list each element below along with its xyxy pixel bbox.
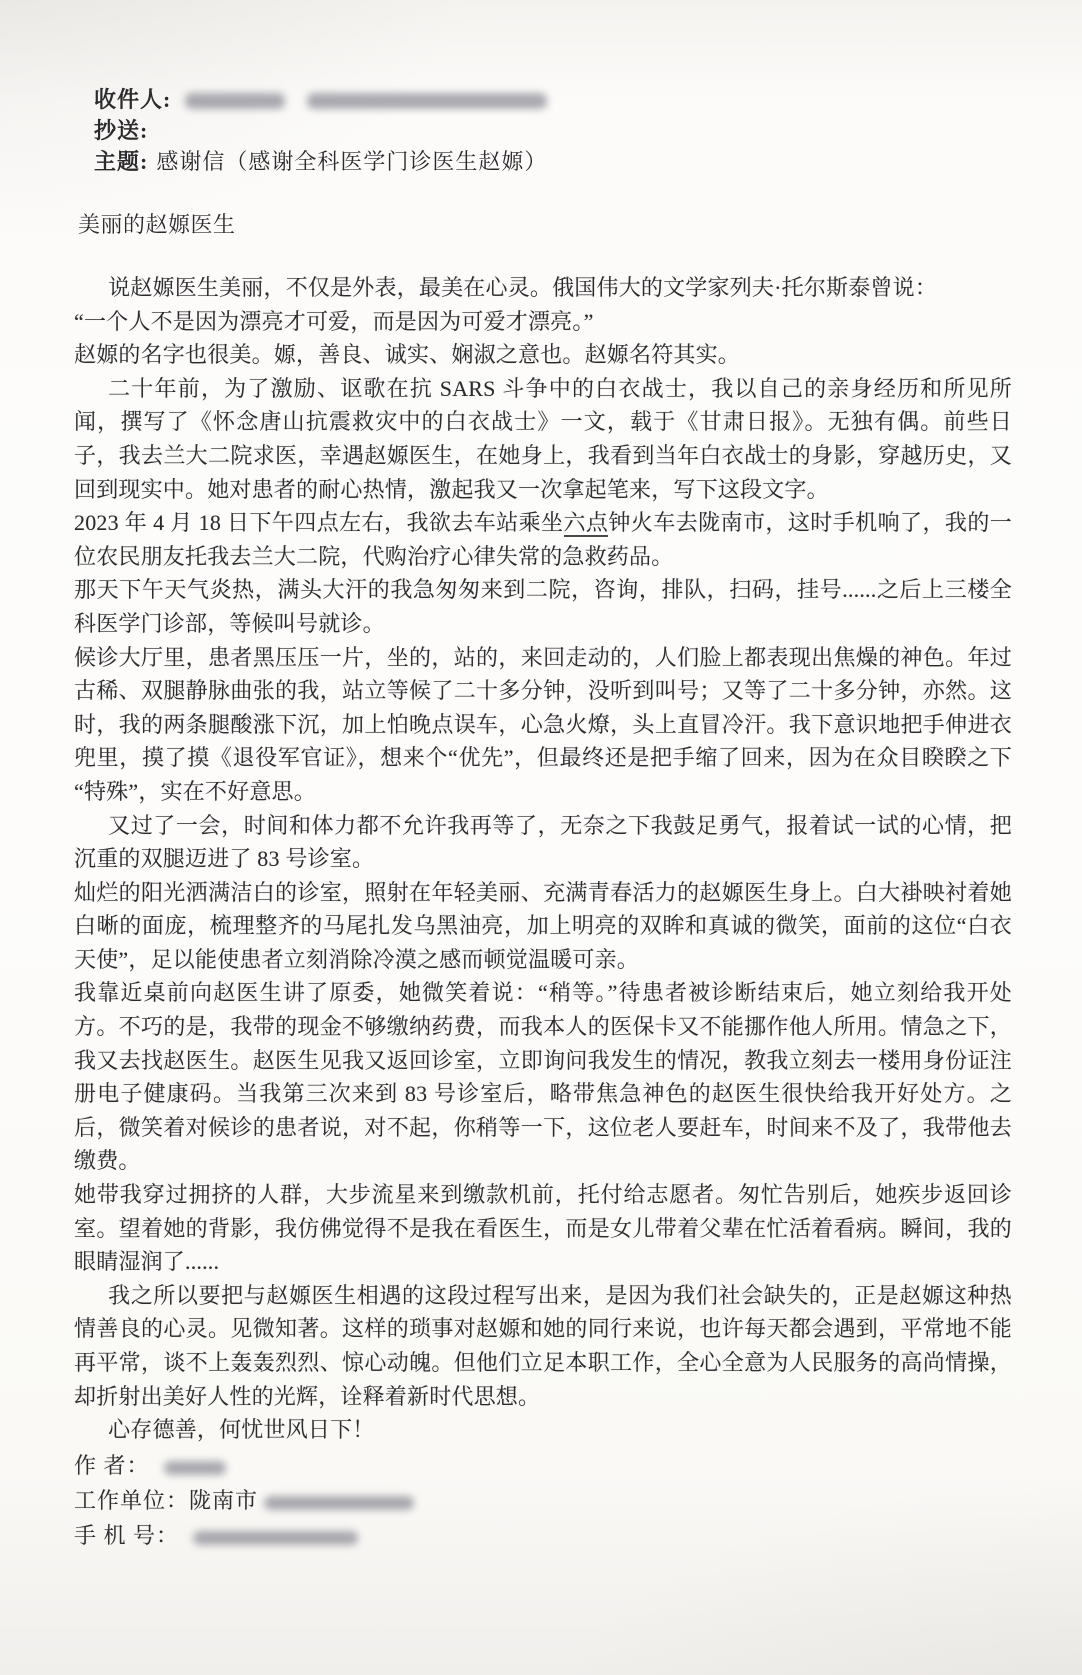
redacted-recipient-address <box>307 93 547 109</box>
paragraph-text: 我靠近桌前向赵医生讲了原委，她微笑着说：“稍等。”待患者被诊断结束后，她立刻给我… <box>74 980 1012 1173</box>
letter-paragraph: 赵嫄的名字也很美。嫄，善良、诚实、娴淑之意也。赵嫄名符其实。 <box>74 338 1012 372</box>
paragraph-text: “一个人不是因为漂亮才可爱，而是因为可爱才漂亮。” <box>74 309 594 334</box>
paragraph-text: 2023 年 4 月 18 日下午四点左右，我欲去车站乘坐 <box>74 510 564 535</box>
paragraph-text: 她带我穿过拥挤的人群，大步流星来到缴款机前，托付给志愿者。匆忙告别后，她疾步返回… <box>74 1182 1012 1274</box>
letter-paragraph: 心存德善，何忧世风日下！ <box>74 1413 1012 1447</box>
signature-block: 作 者： 工作单位：陇南市 手 机 号： <box>74 1448 1012 1553</box>
work-unit-city: 陇南市 <box>189 1488 258 1513</box>
work-unit-line: 工作单位：陇南市 <box>74 1483 1012 1518</box>
letter-body: 说赵嫄医生美丽，不仅是外表，最美在心灵。俄国伟大的文学家列夫·托尔斯泰曾说：“一… <box>74 271 1012 1447</box>
paragraph-text: 我之所以要把与赵嫄医生相遇的这段过程写出来，是因为我们社会缺失的，正是赵嫄这种热… <box>74 1283 1012 1409</box>
subject-label: 主题: <box>94 149 148 174</box>
paragraph-text: 候诊大厅里，患者黑压压一片，坐的，站的，来回走动的，人们脸上都表现出焦燥的神色。… <box>74 645 1012 804</box>
redacted-recipient-name <box>185 93 285 109</box>
paragraph-text: 说赵嫄医生美丽，不仅是外表，最美在心灵。俄国伟大的文学家列夫·托尔斯泰曾说： <box>108 275 937 300</box>
author-label: 作 者： <box>74 1453 150 1478</box>
salutation: 美丽的赵嫄医生 <box>78 208 1012 241</box>
letter-paragraph: 我靠近桌前向赵医生讲了原委，她微笑着说：“稍等。”待患者被诊断结束后，她立刻给我… <box>74 976 1012 1178</box>
page-content: 收件人: 抄送: 主题:感谢信（感谢全科医学门诊医生赵嫄） 美丽的赵嫄医生 说赵… <box>74 84 1012 1553</box>
letter-paragraph: 她带我穿过拥挤的人群，大步流星来到缴款机前，托付给志愿者。匆忙告别后，她疾步返回… <box>74 1178 1012 1279</box>
work-unit-label: 工作单位： <box>74 1488 189 1513</box>
phone-line: 手 机 号： <box>74 1518 1012 1553</box>
email-header: 收件人: 抄送: 主题:感谢信（感谢全科医学门诊医生赵嫄） <box>94 84 1012 177</box>
paragraph-text: 赵嫄的名字也很美。嫄，善良、诚实、娴淑之意也。赵嫄名符其实。 <box>74 342 740 367</box>
redacted-phone-number <box>193 1531 358 1545</box>
letter-paragraph: 那天下午天气炎热，满头大汗的我急匆匆来到二院，咨询，排队，扫码，挂号......… <box>74 573 1012 640</box>
redacted-author-name <box>164 1461 226 1475</box>
paragraph-text: 心存德善，何忧世风日下！ <box>108 1417 374 1442</box>
cc-line: 抄送: <box>94 115 1012 146</box>
paragraph-text: 二十年前，为了激励、讴歌在抗 SARS 斗争中的白衣战士，我以自己的亲身经历和所… <box>74 376 1012 502</box>
cc-label: 抄送: <box>94 118 148 143</box>
recipient-line: 收件人: <box>94 84 1012 115</box>
letter-paragraph: 我之所以要把与赵嫄医生相遇的这段过程写出来，是因为我们社会缺失的，正是赵嫄这种热… <box>74 1279 1012 1413</box>
letter-paragraph: 候诊大厅里，患者黑压压一片，坐的，站的，来回走动的，人们脸上都表现出焦燥的神色。… <box>74 641 1012 809</box>
letter-paragraph: 灿烂的阳光洒满洁白的诊室，照射在年轻美丽、充满青春活力的赵嫄医生身上。白大褂映衬… <box>74 876 1012 977</box>
paragraph-text: 那天下午天气炎热，满头大汗的我急匆匆来到二院，咨询，排队，扫码，挂号......… <box>74 577 1012 636</box>
subject-line: 主题:感谢信（感谢全科医学门诊医生赵嫄） <box>94 146 1012 177</box>
letter-paragraph: 又过了一会，时间和体力都不允许我再等了，无奈之下我鼓足勇气，报着试一试的心情，把… <box>74 809 1012 876</box>
letter-paragraph: 说赵嫄医生美丽，不仅是外表，最美在心灵。俄国伟大的文学家列夫·托尔斯泰曾说： <box>74 271 1012 305</box>
underlined-text: 六点 <box>564 510 609 537</box>
author-line: 作 者： <box>74 1448 1012 1483</box>
paragraph-text: 又过了一会，时间和体力都不允许我再等了，无奈之下我鼓足勇气，报着试一试的心情，把… <box>74 813 1012 872</box>
phone-label: 手 机 号： <box>74 1523 179 1548</box>
letter-paragraph: “一个人不是因为漂亮才可爱，而是因为可爱才漂亮。” <box>74 305 1012 339</box>
to-label: 收件人: <box>94 87 171 112</box>
subject-value: 感谢信（感谢全科医学门诊医生赵嫄） <box>156 149 547 174</box>
document-page: 收件人: 抄送: 主题:感谢信（感谢全科医学门诊医生赵嫄） 美丽的赵嫄医生 说赵… <box>0 0 1082 1675</box>
letter-paragraph: 2023 年 4 月 18 日下午四点左右，我欲去车站乘坐六点钟火车去陇南市，这… <box>74 506 1012 573</box>
letter-paragraph: 二十年前，为了激励、讴歌在抗 SARS 斗争中的白衣战士，我以自己的亲身经历和所… <box>74 372 1012 506</box>
paragraph-text: 灿烂的阳光洒满洁白的诊室，照射在年轻美丽、充满青春活力的赵嫄医生身上。白大褂映衬… <box>74 880 1012 972</box>
redacted-work-unit <box>264 1496 414 1510</box>
